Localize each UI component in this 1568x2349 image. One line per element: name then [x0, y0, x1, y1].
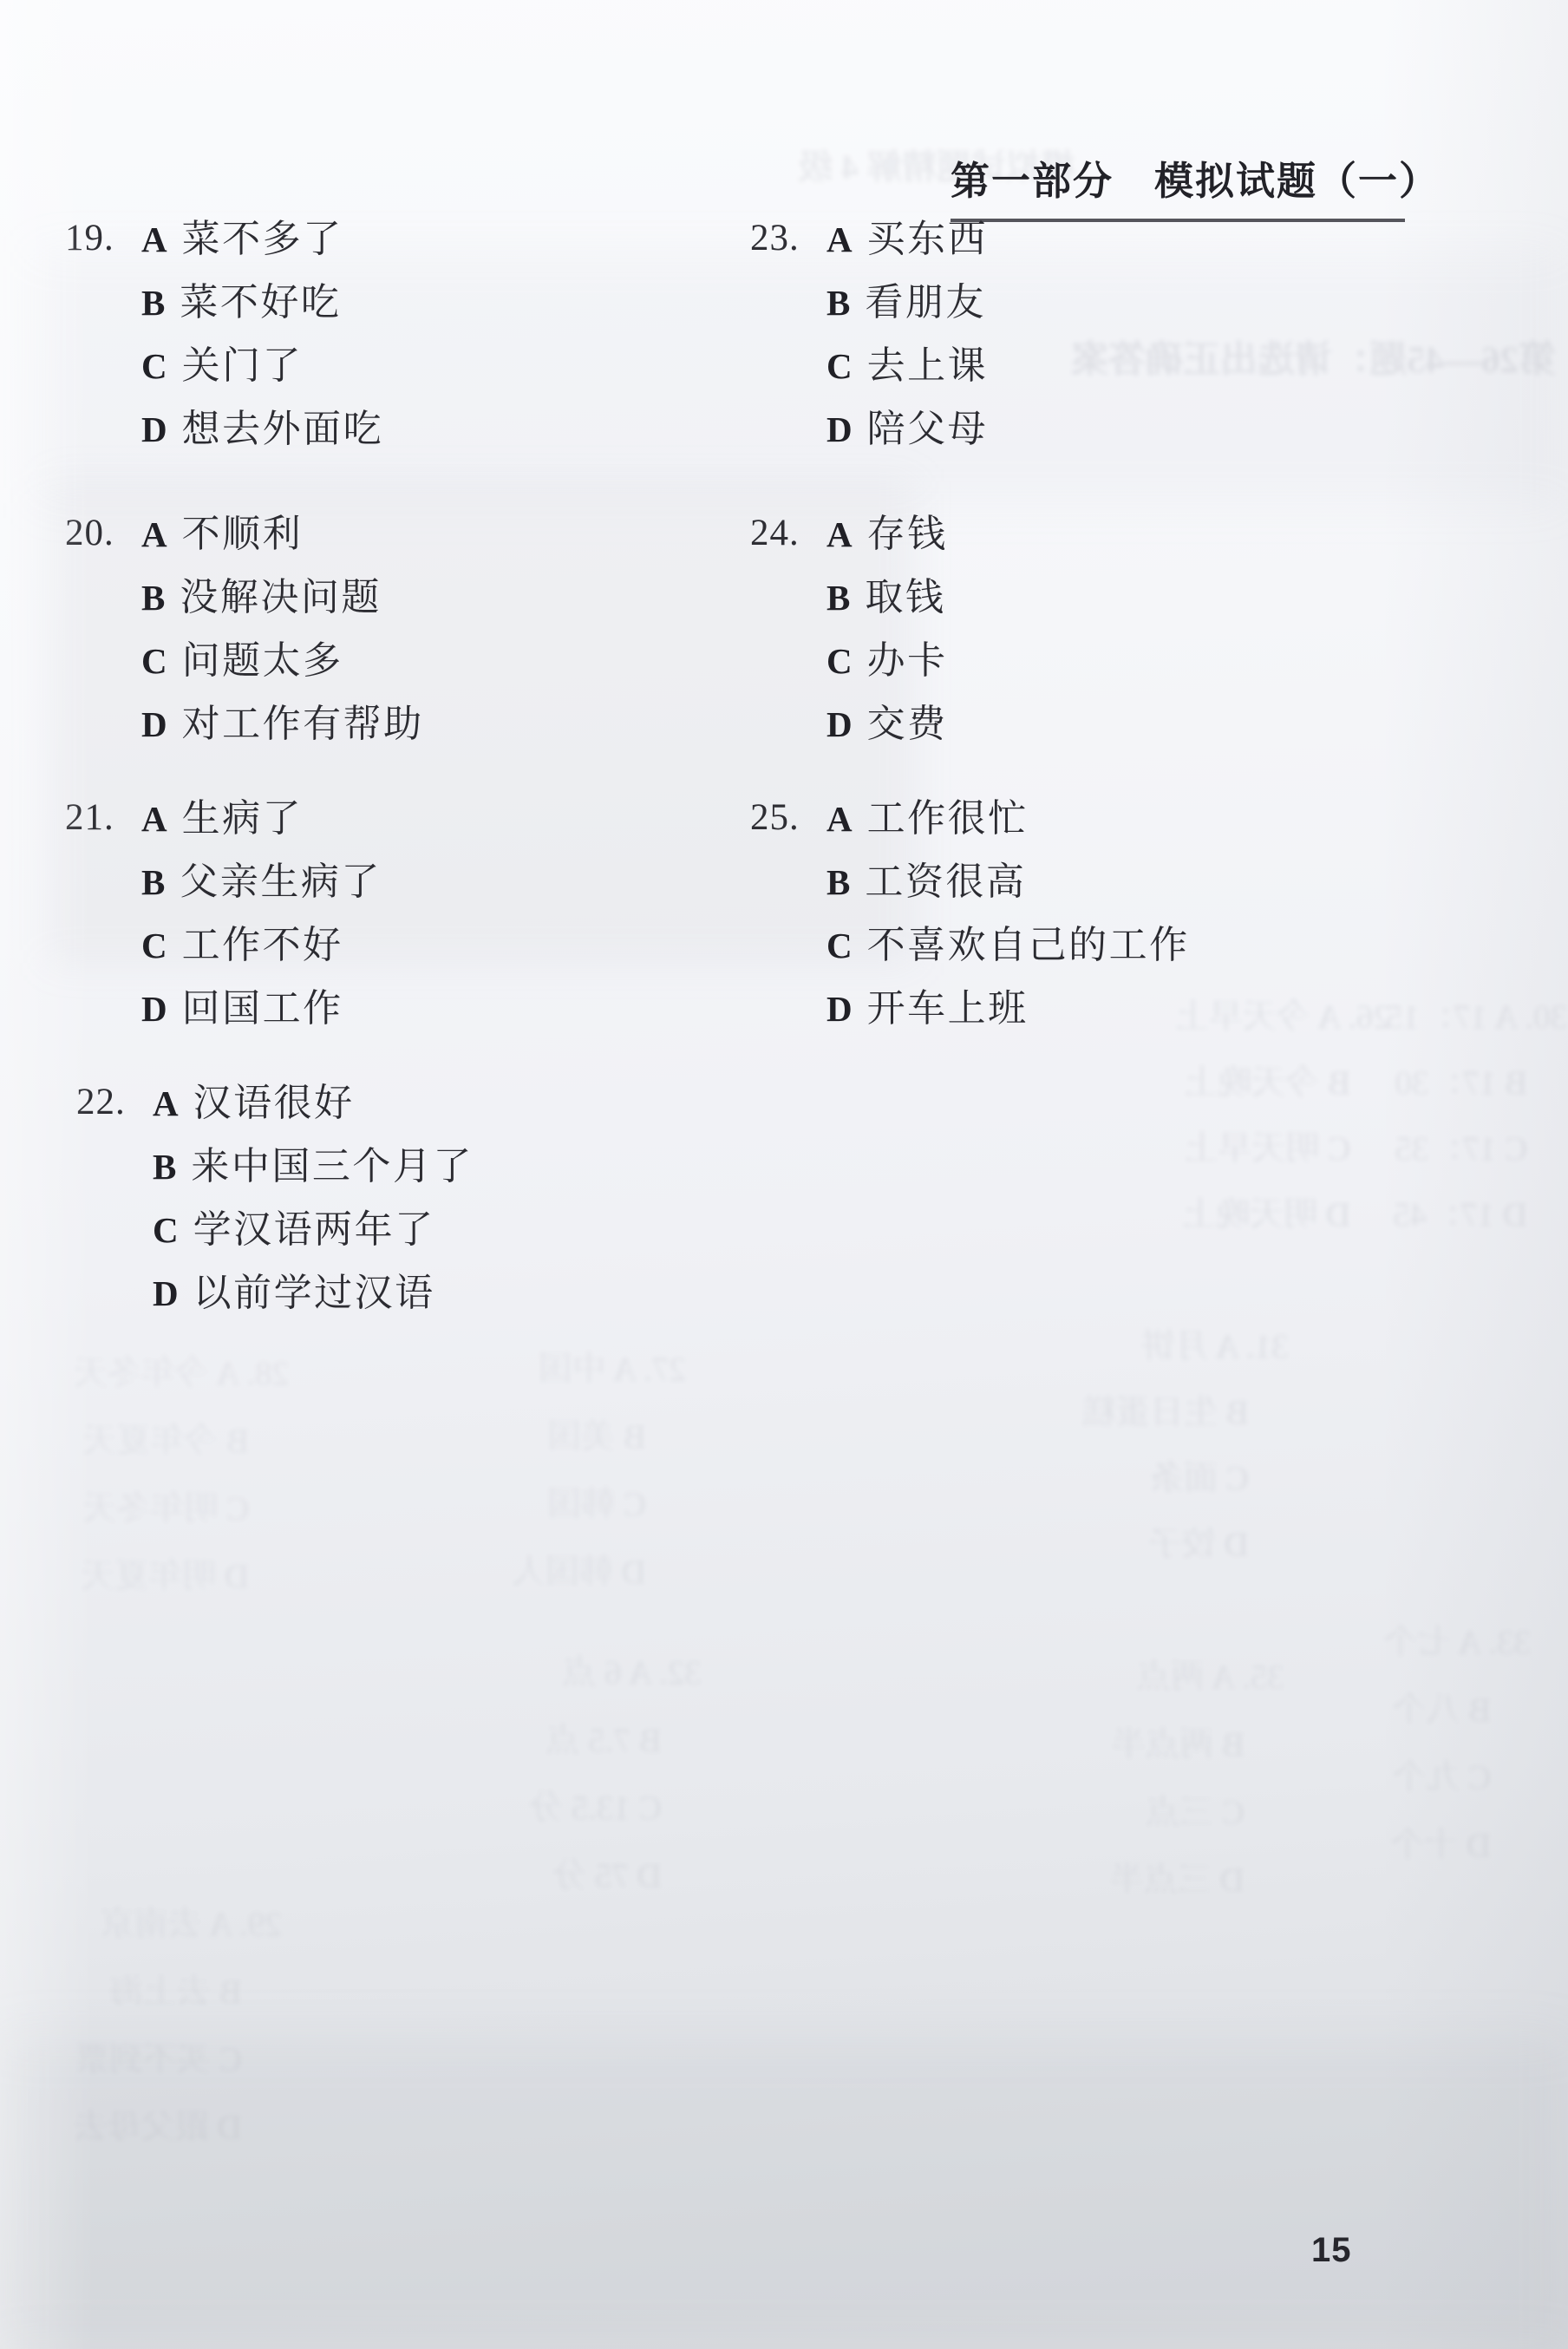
- option-letter: C: [826, 639, 853, 683]
- question-number: 22.: [76, 1081, 153, 1124]
- option-letter: C: [826, 344, 853, 388]
- option-letter: B: [141, 576, 165, 619]
- option-letter: A: [826, 513, 853, 556]
- option-list: A菜不多了B菜不好吃C关门了D想去外面吃: [141, 217, 383, 470]
- option-letter: D: [153, 1272, 179, 1315]
- option-21-B: B父亲生病了: [141, 860, 382, 923]
- option-letter: C: [826, 924, 853, 967]
- option-letter: C: [153, 1208, 179, 1252]
- option-text: 工作不好: [182, 923, 343, 968]
- option-25-B: B工资很高: [826, 860, 1190, 923]
- option-list: A不顺利B没解决问题C问题太多D对工作有帮助: [141, 512, 424, 765]
- option-23-D: D陪父母: [826, 407, 988, 470]
- bleedthrough-line: C 17：35: [1386, 1116, 1567, 1182]
- option-text: 不喜欢自己的工作: [867, 923, 1190, 968]
- option-list: A工作很忙B工资很高C不喜欢自己的工作D开车上班: [826, 796, 1190, 1050]
- option-25-C: C不喜欢自己的工作: [826, 923, 1190, 986]
- option-text: 来中国三个月了: [191, 1144, 474, 1189]
- option-letter: B: [826, 860, 850, 904]
- option-letter: B: [141, 281, 165, 324]
- bleedthrough-line: C 面条: [1082, 1446, 1289, 1512]
- option-list: A生病了B父亲生病了C工作不好D回国工作: [141, 796, 382, 1050]
- option-24-B: B取钱: [826, 575, 948, 638]
- question-20: 20.A不顺利B没解决问题C问题太多D对工作有帮助: [65, 512, 424, 765]
- bleedthrough-line: C 韩国: [512, 1471, 686, 1539]
- question-23: 23.A买东西B看朋友C去上课D陪父母: [750, 217, 988, 470]
- bleedthrough-line: B 今年夏天: [74, 1408, 289, 1475]
- option-20-C: C问题太多: [141, 638, 424, 702]
- section-header: 第一部分 模拟试题（一）: [951, 149, 1405, 222]
- option-letter: C: [141, 639, 167, 683]
- option-text: 工作很忙: [867, 796, 1029, 841]
- option-text: 菜不多了: [182, 217, 343, 262]
- option-text: 想去外面吃: [182, 407, 384, 452]
- option-text: 陪父母: [867, 407, 989, 452]
- bleedthrough-line: B 今天晚上: [1175, 1050, 1390, 1116]
- option-20-A: A不顺利: [141, 512, 424, 575]
- option-text: 问题太多: [182, 638, 343, 684]
- bleedthrough-text: 31. A 月饼B 生日蛋糕C 面条D 饺子: [1082, 1314, 1289, 1578]
- bleedthrough-line: D 三点半: [1110, 1847, 1284, 1914]
- bleedthrough-line: 33. A 七个: [1383, 1609, 1531, 1677]
- option-text: 对工作有帮助: [182, 702, 424, 747]
- option-letter: C: [141, 344, 167, 388]
- option-letter: D: [826, 408, 853, 451]
- option-letter: A: [826, 218, 853, 261]
- option-letter: A: [141, 513, 167, 556]
- option-24-D: D交费: [826, 702, 948, 765]
- option-text: 生病了: [182, 796, 304, 841]
- option-letter: B: [826, 576, 850, 619]
- bleedthrough-line: 31. A 月饼: [1082, 1314, 1289, 1380]
- bleedthrough-text: 26. A 今天早上B 今天晚上C 明天早上D 明天晚上: [1175, 985, 1390, 1248]
- bleedthrough-line: 29. A 去南京: [74, 1891, 282, 1959]
- option-text: 取钱: [865, 575, 945, 620]
- option-letter: A: [153, 1082, 179, 1125]
- question-22: 22.A汉语很好B来中国三个月了C学汉语两年了D以前学过汉语: [76, 1081, 474, 1334]
- option-letter: B: [826, 281, 850, 324]
- option-24-C: C办卡: [826, 638, 948, 702]
- option-text: 没解决问题: [180, 575, 382, 620]
- option-text: 以前学过汉语: [193, 1271, 435, 1316]
- bleedthrough-line: C 三点: [1110, 1779, 1284, 1847]
- option-letter: D: [141, 987, 167, 1031]
- option-21-A: A生病了: [141, 796, 382, 860]
- option-text: 不顺利: [182, 512, 304, 557]
- bleedthrough-line: 32. A 6 点: [529, 1639, 702, 1707]
- option-text: 汉语很好: [193, 1081, 355, 1126]
- question-number: 20.: [65, 512, 141, 555]
- bleedthrough-text: 第26—45题：请选出正确答案: [1071, 338, 1556, 383]
- bleedthrough-line: D 跟父母去: [74, 2094, 282, 2162]
- option-19-C: C关门了: [141, 344, 383, 407]
- bleedthrough-text: 27. A 中国B 美国C 韩国D 韩国人: [512, 1336, 686, 1606]
- option-22-C: C学汉语两年了: [153, 1207, 474, 1271]
- option-text: 去上课: [867, 344, 989, 389]
- option-23-B: B看朋友: [826, 280, 988, 344]
- bleedthrough-line: 35. A 两点: [1110, 1644, 1284, 1711]
- question-number: 21.: [65, 796, 141, 840]
- page-number: 15: [1311, 2231, 1352, 2270]
- bleedthrough-line: 28. A 今年冬天: [74, 1340, 289, 1408]
- bleedthrough-line: D 饺子: [1082, 1512, 1289, 1578]
- scan-shading-band: [0, 2038, 1568, 2349]
- option-21-C: C工作不好: [141, 923, 382, 986]
- bleedthrough-text: 28. A 今年冬天B 今年夏天C 明年冬天D 明年夏天: [74, 1340, 289, 1611]
- option-22-A: A汉语很好: [153, 1081, 474, 1144]
- option-text: 开车上班: [867, 986, 1029, 1031]
- bleedthrough-line: B 美国: [512, 1404, 686, 1471]
- scanned-exam-page: 模拟试题精解 4 级第26—45题：请选出正确答案26. A 今天早上B 今天晚…: [0, 0, 1568, 2349]
- bleedthrough-text: 35. A 两点B 两点半C 三点D 三点半: [1110, 1644, 1284, 1914]
- option-19-B: B菜不好吃: [141, 280, 383, 344]
- option-text: 菜不好吃: [180, 280, 341, 325]
- option-text: 学汉语两年了: [193, 1207, 435, 1253]
- option-text: 买东西: [867, 217, 989, 262]
- bleedthrough-line: D 75 分: [529, 1842, 702, 1910]
- bleedthrough-line: B 去上海: [74, 1959, 282, 2026]
- option-23-C: C去上课: [826, 344, 988, 407]
- bleedthrough-text: 30. A 17：15B 17：30C 17：35D 17：45: [1386, 985, 1567, 1248]
- bleedthrough-line: D 17：45: [1386, 1182, 1567, 1248]
- option-24-A: A存钱: [826, 512, 948, 575]
- bleedthrough-text: 33. A 七个B 八个C 九个D 十个: [1383, 1609, 1531, 1880]
- bleedthrough-text: 32. A 6 点B 7.5 点C 13.5 分D 75 分: [529, 1639, 702, 1910]
- option-letter: B: [141, 860, 165, 904]
- question-25: 25.A工作很忙B工资很高C不喜欢自己的工作D开车上班: [750, 796, 1190, 1050]
- bleedthrough-line: D 十个: [1383, 1812, 1531, 1880]
- option-list: A买东西B看朋友C去上课D陪父母: [826, 217, 988, 470]
- option-text: 关门了: [182, 344, 304, 389]
- question-21: 21.A生病了B父亲生病了C工作不好D回国工作: [65, 796, 382, 1050]
- option-text: 存钱: [867, 512, 948, 557]
- option-25-D: D开车上班: [826, 986, 1190, 1050]
- option-20-D: D对工作有帮助: [141, 702, 424, 765]
- question-24: 24.A存钱B取钱C办卡D交费: [750, 512, 948, 765]
- option-21-D: D回国工作: [141, 986, 382, 1050]
- option-text: 交费: [867, 702, 948, 747]
- bleedthrough-line: B 17：30: [1386, 1050, 1567, 1116]
- option-19-D: D想去外面吃: [141, 407, 383, 470]
- option-letter: D: [826, 987, 853, 1031]
- bleedthrough-line: 26. A 今天早上: [1175, 985, 1390, 1050]
- bleedthrough-line: 30. A 17：15: [1386, 985, 1567, 1050]
- bleedthrough-line: 第26—45题：请选出正确答案: [1071, 338, 1556, 383]
- option-letter: D: [141, 703, 167, 746]
- option-letter: D: [826, 703, 853, 746]
- option-25-A: A工作很忙: [826, 796, 1190, 860]
- question-number: 19.: [65, 217, 141, 260]
- section-title: 第一部分 模拟试题（一）: [951, 159, 1440, 203]
- option-letter: A: [141, 797, 167, 841]
- bleedthrough-line: B 7.5 点: [529, 1707, 702, 1775]
- option-22-B: B来中国三个月了: [153, 1144, 474, 1207]
- bleedthrough-line: D 韩国人: [512, 1539, 686, 1606]
- question-19: 19.A菜不多了B菜不好吃C关门了D想去外面吃: [65, 217, 383, 470]
- question-number: 25.: [750, 796, 826, 840]
- bleedthrough-line: C 13.5 分: [529, 1775, 702, 1842]
- bleedthrough-line: B 生日蛋糕: [1082, 1380, 1289, 1446]
- question-number: 24.: [750, 512, 826, 555]
- option-text: 工资很高: [865, 860, 1026, 905]
- option-22-D: D以前学过汉语: [153, 1271, 474, 1334]
- bleedthrough-text: 29. A 去南京B 去上海C 买不到票D 跟父母去: [74, 1891, 282, 2162]
- option-list: A存钱B取钱C办卡D交费: [826, 512, 948, 765]
- option-20-B: B没解决问题: [141, 575, 424, 638]
- option-text: 办卡: [867, 638, 948, 684]
- option-letter: B: [153, 1145, 176, 1188]
- bleedthrough-line: D 明天晚上: [1175, 1182, 1390, 1248]
- option-23-A: A买东西: [826, 217, 988, 280]
- option-text: 看朋友: [865, 280, 986, 325]
- bleedthrough-line: 27. A 中国: [512, 1336, 686, 1404]
- bleedthrough-line: C 买不到票: [74, 2026, 282, 2094]
- question-number: 23.: [750, 217, 826, 260]
- option-letter: C: [141, 924, 167, 967]
- option-letter: D: [141, 408, 167, 451]
- option-letter: A: [826, 797, 853, 841]
- bleedthrough-line: B 八个: [1383, 1677, 1531, 1744]
- bleedthrough-line: D 明年夏天: [74, 1543, 289, 1611]
- option-text: 父亲生病了: [180, 860, 382, 905]
- bleedthrough-line: C 明天早上: [1175, 1116, 1390, 1182]
- bleedthrough-line: C 九个: [1383, 1744, 1531, 1812]
- bleedthrough-line: C 明年冬天: [74, 1475, 289, 1543]
- bleedthrough-line: B 两点半: [1110, 1711, 1284, 1779]
- option-text: 回国工作: [182, 986, 343, 1031]
- option-list: A汉语很好B来中国三个月了C学汉语两年了D以前学过汉语: [153, 1081, 474, 1334]
- option-letter: A: [141, 218, 167, 261]
- option-19-A: A菜不多了: [141, 217, 383, 280]
